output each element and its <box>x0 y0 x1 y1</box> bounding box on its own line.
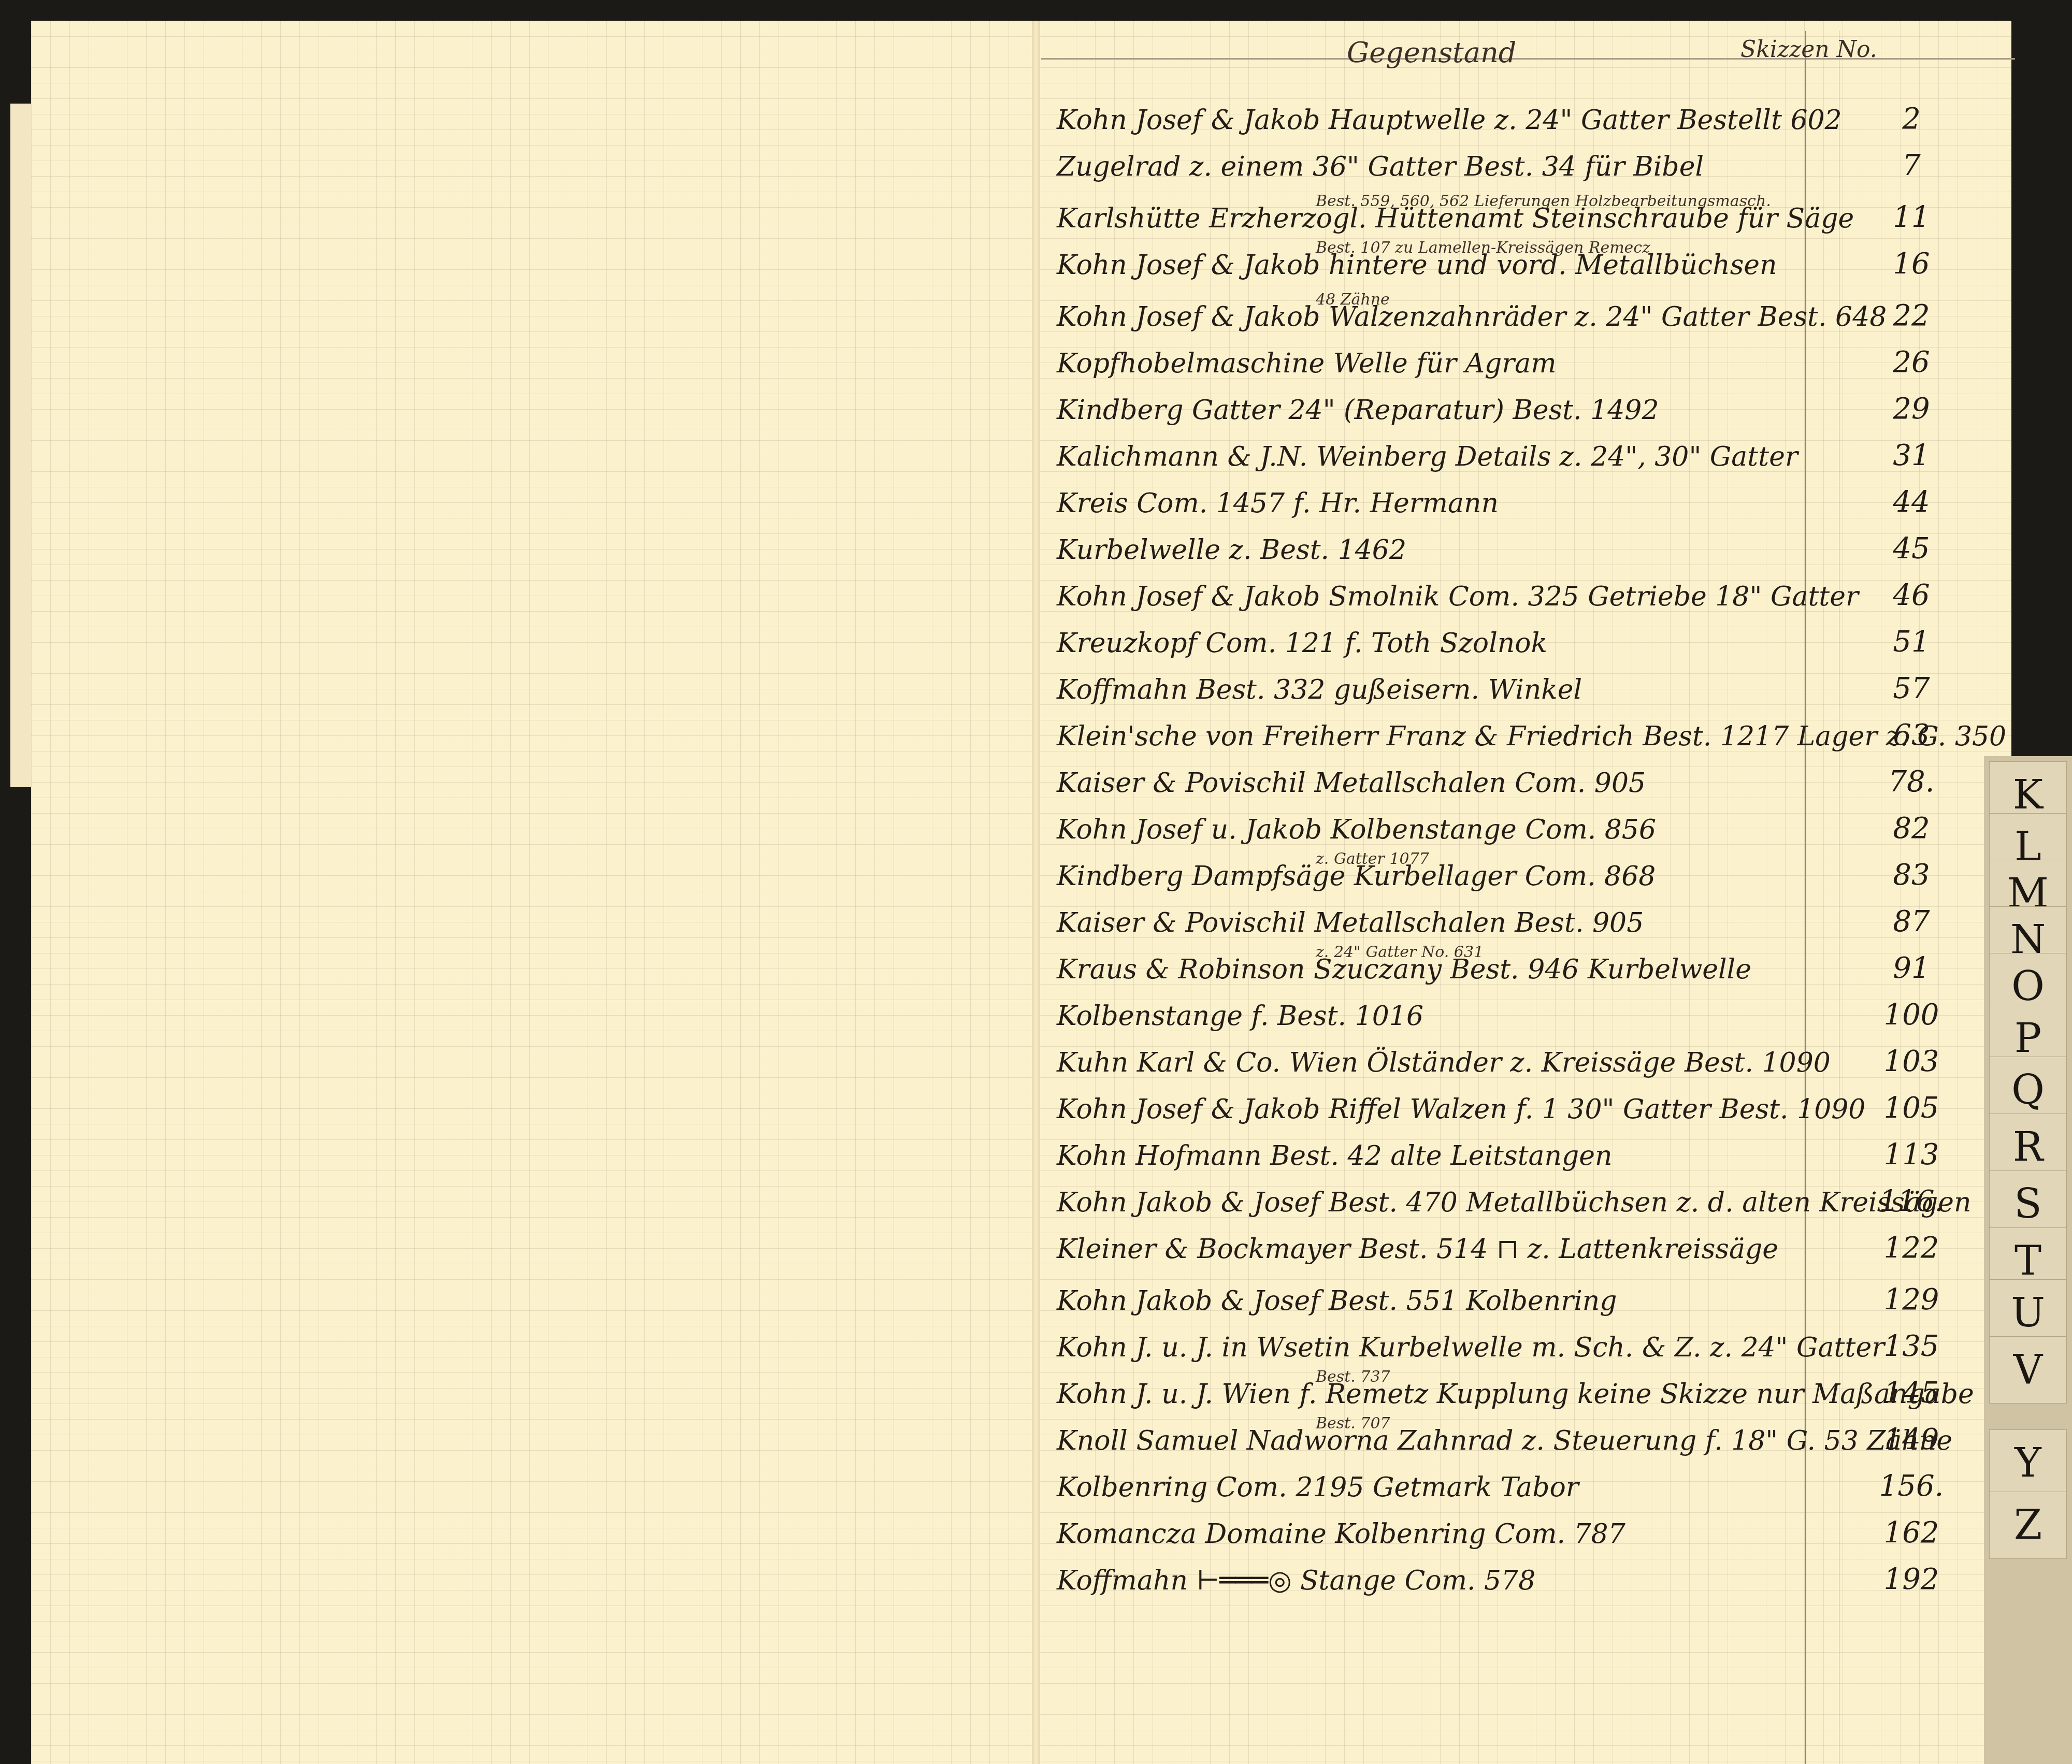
row-sketch-number: 100 <box>1860 998 1963 1032</box>
row-description: Kohn Josef & Jakob hintere und vord. Met… <box>1057 250 1777 281</box>
table-row: 48 ZähneKohn Josef & Jakob Walzenzahnräd… <box>1057 290 1968 337</box>
row-sketch-number: 78. <box>1860 765 1963 799</box>
row-sketch-number: 29 <box>1860 392 1963 426</box>
row-description: Kurbelwelle z. Best. 1462 <box>1057 534 1406 566</box>
row-sketch-number: 105 <box>1860 1091 1963 1125</box>
table-row: Kaiser & Povischil Metallschalen Com. 90… <box>1057 756 1968 803</box>
row-sketch-number: 122 <box>1860 1231 1963 1265</box>
row-sketch-number: 45 <box>1860 532 1963 566</box>
row-description: Kohn Josef & Jakob Riffel Walzen f. 1 30… <box>1057 1094 1865 1125</box>
row-description: Kohn Jakob & Josef Best. 470 Metallbüchs… <box>1057 1187 1972 1218</box>
table-row: Zugelrad z. einem 36" Gatter Best. 34 fü… <box>1057 140 1968 186</box>
row-description: Kohn J. u. J. in Wsetin Kurbelwelle m. S… <box>1057 1332 1884 1363</box>
row-sketch-number: 63 <box>1860 718 1963 752</box>
row-description: Kalichmann & J.N. Weinberg Details z. 24… <box>1057 441 1798 472</box>
table-row: Kurbelwelle z. Best. 146245 <box>1057 523 1968 570</box>
column-header-description: Gegenstand <box>1347 36 1516 69</box>
row-description: Kohn Josef u. Jakob Kolbenstange Com. 85… <box>1057 814 1656 845</box>
row-sketch-number: 11 <box>1860 200 1963 234</box>
row-sketch-number: 16 <box>1860 247 1963 281</box>
table-row: Best. 737Kohn J. u. J. Wien f. Remetz Ku… <box>1057 1367 1968 1414</box>
row-sketch-number: 87 <box>1860 905 1963 938</box>
row-description: Kreuzkopf Com. 121 f. Toth Szolnok <box>1057 628 1547 659</box>
index-tab-z[interactable]: Z <box>1989 1492 2067 1559</box>
row-description: Kleiner & Bockmayer Best. 514 ⊓ z. Latte… <box>1057 1234 1778 1265</box>
row-sketch-number: 2 <box>1860 102 1963 136</box>
row-description: Kreis Com. 1457 f. Hr. Hermann <box>1057 488 1499 519</box>
row-description: Kindberg Gatter 24" (Reparatur) Best. 14… <box>1057 395 1659 426</box>
row-description: Karlshütte Erzherzogl. Hüttenamt Steinsc… <box>1057 203 1854 234</box>
table-row: z. Gatter 1077Kindberg Dampfsäge Kurbell… <box>1057 849 1968 896</box>
row-description: Koffmahn ⊢═══◎ Stange Com. 578 <box>1057 1565 1535 1596</box>
row-description: Zugelrad z. einem 36" Gatter Best. 34 fü… <box>1057 151 1704 182</box>
row-sketch-number: 145 <box>1860 1376 1963 1410</box>
book-gutter <box>1032 21 1040 1764</box>
table-row: Koffmahn Best. 332 gußeisern. Winkel57 <box>1057 663 1968 710</box>
row-description: Kopfhobelmaschine Welle für Agram <box>1057 348 1557 379</box>
table-row: Kolbenring Com. 2195 Getmark Tabor156. <box>1057 1461 1968 1507</box>
row-sketch-number: 129 <box>1860 1283 1963 1317</box>
row-description: Kolbenstange f. Best. 1016 <box>1057 1001 1423 1032</box>
row-description: Kaiser & Povischil Metallschalen Com. 90… <box>1057 768 1646 799</box>
table-row: Kindberg Gatter 24" (Reparatur) Best. 14… <box>1057 383 1968 430</box>
row-description: Komancza Domaine Kolbenring Com. 787 <box>1057 1519 1625 1550</box>
row-description: Kohn Hofmann Best. 42 alte Leitstangen <box>1057 1140 1613 1172</box>
table-row: z. 24" Gatter No. 631Kraus & Robinson Sz… <box>1057 943 1968 989</box>
row-sketch-number: 57 <box>1860 672 1963 705</box>
row-description: Kohn Josef & Jakob Smolnik Com. 325 Getr… <box>1057 581 1859 612</box>
row-sketch-number: 82 <box>1860 812 1963 845</box>
table-row: Kohn Josef u. Jakob Kolbenstange Com. 85… <box>1057 803 1968 849</box>
row-sketch-number: 113 <box>1860 1138 1963 1172</box>
row-sketch-number: 91 <box>1860 951 1963 985</box>
table-row: Kohn Hofmann Best. 42 alte Leitstangen11… <box>1057 1129 1968 1176</box>
index-tab-v[interactable]: V <box>1989 1336 2067 1404</box>
row-description: Kohn Josef & Jakob Hauptwelle z. 24" Gat… <box>1057 105 1842 136</box>
table-row: Kohn Josef & Jakob Smolnik Com. 325 Getr… <box>1057 570 1968 616</box>
table-row: Kolbenstange f. Best. 1016100 <box>1057 989 1968 1036</box>
row-sketch-number: 44 <box>1860 485 1963 519</box>
row-sketch-number: 162 <box>1860 1516 1963 1550</box>
table-row: Kohn J. u. J. in Wsetin Kurbelwelle m. S… <box>1057 1321 1968 1367</box>
table-row: Kuhn Karl & Co. Wien Ölständer z. Kreiss… <box>1057 1036 1968 1082</box>
table-row: Kreis Com. 1457 f. Hr. Hermann44 <box>1057 476 1968 523</box>
row-description: Kohn Josef & Jakob Walzenzahnräder z. 24… <box>1057 301 1887 332</box>
table-row: Kalichmann & J.N. Weinberg Details z. 24… <box>1057 430 1968 476</box>
row-sketch-number: 156. <box>1860 1469 1963 1503</box>
row-description: Kuhn Karl & Co. Wien Ölständer z. Kreiss… <box>1057 1047 1831 1078</box>
row-sketch-number: 22 <box>1860 299 1963 332</box>
row-sketch-number: 7 <box>1860 149 1963 182</box>
table-row: Kreuzkopf Com. 121 f. Toth Szolnok51 <box>1057 616 1968 663</box>
row-description: Kindberg Dampfsäge Kurbellager Com. 868 <box>1057 861 1656 892</box>
row-sketch-number: 149 <box>1860 1423 1963 1456</box>
row-description: Koffmahn Best. 332 gußeisern. Winkel <box>1057 674 1582 705</box>
table-row: Kaiser & Povischil Metallschalen Best. 9… <box>1057 896 1968 943</box>
table-row: Koffmahn ⊢═══◎ Stange Com. 578192 <box>1057 1554 1968 1600</box>
row-sketch-number: 51 <box>1860 625 1963 659</box>
table-row: Best. 559, 560, 562 Lieferungen Holzbear… <box>1057 192 1968 238</box>
row-sketch-number: 31 <box>1860 439 1963 472</box>
row-sketch-number: 83 <box>1860 858 1963 892</box>
row-sketch-number: 46 <box>1860 579 1963 612</box>
row-description: Kaiser & Povischil Metallschalen Best. 9… <box>1057 907 1644 938</box>
table-row: Komancza Domaine Kolbenring Com. 787162 <box>1057 1507 1968 1554</box>
row-description: Knoll Samuel Nadworna Zahnrad z. Steueru… <box>1057 1425 1952 1456</box>
row-description: Kolbenring Com. 2195 Getmark Tabor <box>1057 1472 1579 1503</box>
table-row: Kopfhobelmaschine Welle für Agram26 <box>1057 337 1968 383</box>
row-description: Kohn Jakob & Josef Best. 551 Kolbenring <box>1057 1285 1617 1317</box>
table-row: Best. 107 zu Lamellen-Kreissägen RemeczK… <box>1057 238 1968 285</box>
table-row: Kleiner & Bockmayer Best. 514 ⊓ z. Latte… <box>1057 1222 1968 1269</box>
row-description: Kraus & Robinson Szuczany Best. 946 Kurb… <box>1057 954 1751 985</box>
table-row: Kohn Jakob & Josef Best. 551 Kolbenring1… <box>1057 1274 1968 1321</box>
table-row: Klein'sche von Freiherr Franz & Friedric… <box>1057 710 1968 756</box>
row-sketch-number: 116. <box>1860 1184 1963 1218</box>
table-row: Best. 707Knoll Samuel Nadworna Zahnrad z… <box>1057 1414 1968 1461</box>
index-tab-y[interactable]: Y <box>1989 1429 2067 1497</box>
left-page-blank <box>31 21 1036 1764</box>
row-sketch-number: 26 <box>1860 345 1963 379</box>
table-row: Kohn Josef & Jakob Hauptwelle z. 24" Gat… <box>1057 93 1968 140</box>
row-sketch-number: 192 <box>1860 1563 1963 1596</box>
column-header-sketch-no: Skizzen No. <box>1740 36 1877 63</box>
row-sketch-number: 135 <box>1860 1329 1963 1363</box>
row-sketch-number: 103 <box>1860 1045 1963 1078</box>
row-description: Kohn J. u. J. Wien f. Remetz Kupplung ke… <box>1057 1379 1974 1410</box>
table-row: Kohn Jakob & Josef Best. 470 Metallbüchs… <box>1057 1176 1968 1222</box>
alphabet-index-tabs: KLMNOPQRSTUVYZ <box>1984 756 2072 1764</box>
table-row: Kohn Josef & Jakob Riffel Walzen f. 1 30… <box>1057 1082 1968 1129</box>
